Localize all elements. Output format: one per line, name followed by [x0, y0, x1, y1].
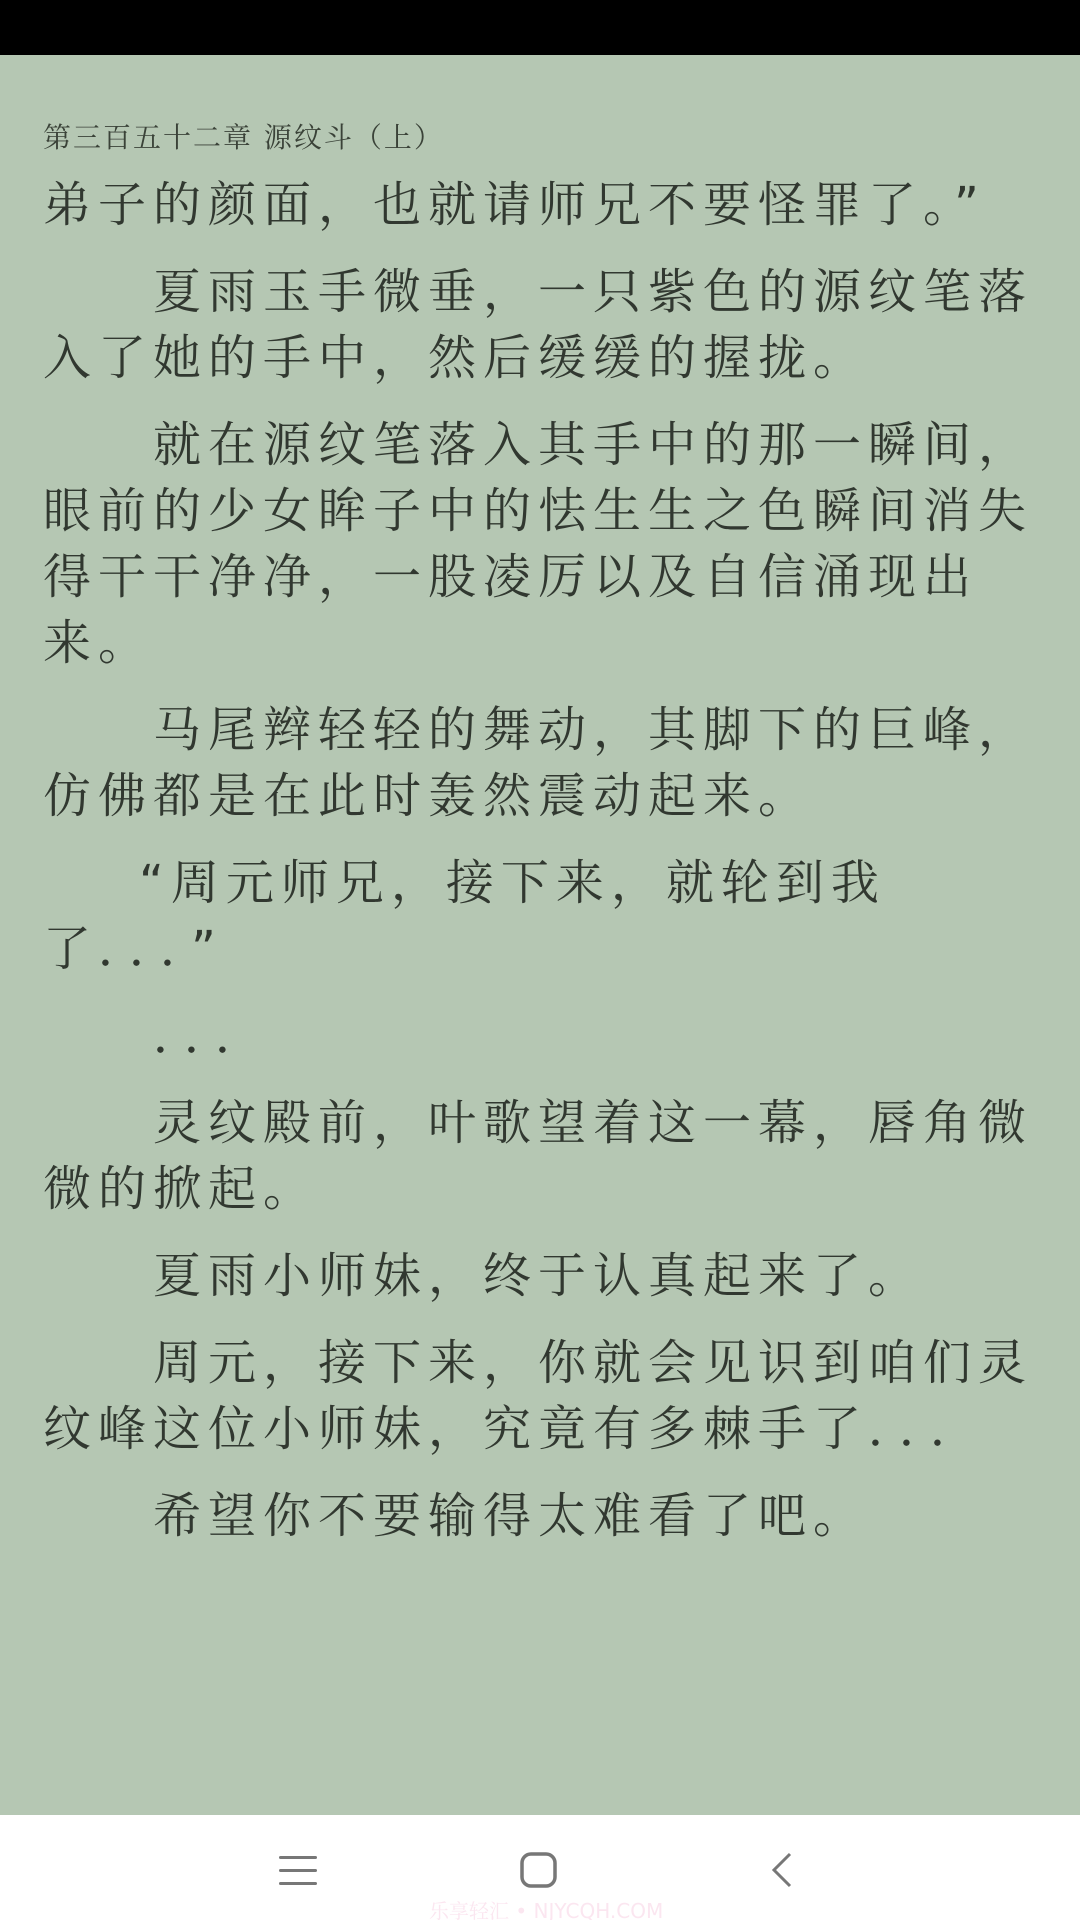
text-line: 纹峰这位小师妹，究竟有多棘手了．．．	[43, 1396, 1038, 1462]
chapter-title: 第三百五十二章 源纹斗（上）	[43, 119, 444, 157]
text-line: ．．．	[43, 1003, 1038, 1069]
text-line: 周元，接下来，你就会见识到咱们灵	[43, 1330, 1038, 1396]
text-line: 仿佛都是在此时轰然震动起来。	[43, 763, 1038, 829]
text-line: 灵纹殿前，叶歌望着这一幕，唇角微	[43, 1090, 1038, 1156]
status-bar	[0, 0, 1080, 55]
text-line: 入了她的手中，然后缓缓的握拢。	[43, 325, 1038, 391]
paragraph: 就在源纹笔落入其手中的那一瞬间， 眼前的少女眸子中的怯生生之色瞬间消失 得干干净…	[43, 412, 1038, 676]
paragraph: 弟子的颜面，也就请师兄不要怪罪了。”	[43, 172, 1038, 238]
chapter-body: 弟子的颜面，也就请师兄不要怪罪了。” 夏雨玉手微垂，一只紫色的源纹笔落 入了她的…	[43, 172, 1038, 1570]
text-line: 弟子的颜面，也就请师兄不要怪罪了。”	[43, 172, 1038, 238]
paragraph: ．．．	[43, 1003, 1038, 1069]
back-icon	[770, 1852, 794, 1888]
menu-icon	[278, 1854, 318, 1886]
watermark: 乐享轻汇 • NJYCQH.COM	[429, 1899, 663, 1920]
text-line: 马尾辫轻轻的舞动，其脚下的巨峰，	[43, 697, 1038, 763]
menu-button[interactable]	[268, 1845, 328, 1895]
home-button[interactable]	[509, 1845, 569, 1895]
text-line: “周元师兄，接下来，就轮到我	[43, 850, 1038, 916]
navigation-bar: 乐享轻汇 • NJYCQH.COM	[0, 1815, 1080, 1920]
text-line: 就在源纹笔落入其手中的那一瞬间，	[43, 412, 1038, 478]
paragraph: 夏雨玉手微垂，一只紫色的源纹笔落 入了她的手中，然后缓缓的握拢。	[43, 259, 1038, 391]
home-icon	[519, 1852, 559, 1888]
text-line: 得干干净净，一股凌厉以及自信涌现出	[43, 544, 1038, 610]
paragraph: 周元，接下来，你就会见识到咱们灵 纹峰这位小师妹，究竟有多棘手了．．．	[43, 1330, 1038, 1462]
text-line: 来。	[43, 610, 1038, 676]
text-line: 了．．．”	[43, 916, 1038, 982]
paragraph: “周元师兄，接下来，就轮到我 了．．．”	[43, 850, 1038, 982]
text-line: 眼前的少女眸子中的怯生生之色瞬间消失	[43, 478, 1038, 544]
paragraph: 马尾辫轻轻的舞动，其脚下的巨峰， 仿佛都是在此时轰然震动起来。	[43, 697, 1038, 829]
text-line: 希望你不要输得太难看了吧。	[43, 1483, 1038, 1549]
paragraph: 夏雨小师妹，终于认真起来了。	[43, 1243, 1038, 1309]
text-line: 夏雨玉手微垂，一只紫色的源纹笔落	[43, 259, 1038, 325]
text-line: 微的掀起。	[43, 1156, 1038, 1222]
reader-page[interactable]: 第三百五十二章 源纹斗（上） 弟子的颜面，也就请师兄不要怪罪了。” 夏雨玉手微垂…	[0, 55, 1080, 1815]
back-button[interactable]	[752, 1845, 812, 1895]
paragraph: 希望你不要输得太难看了吧。	[43, 1483, 1038, 1549]
paragraph: 灵纹殿前，叶歌望着这一幕，唇角微 微的掀起。	[43, 1090, 1038, 1222]
text-line: 夏雨小师妹，终于认真起来了。	[43, 1243, 1038, 1309]
